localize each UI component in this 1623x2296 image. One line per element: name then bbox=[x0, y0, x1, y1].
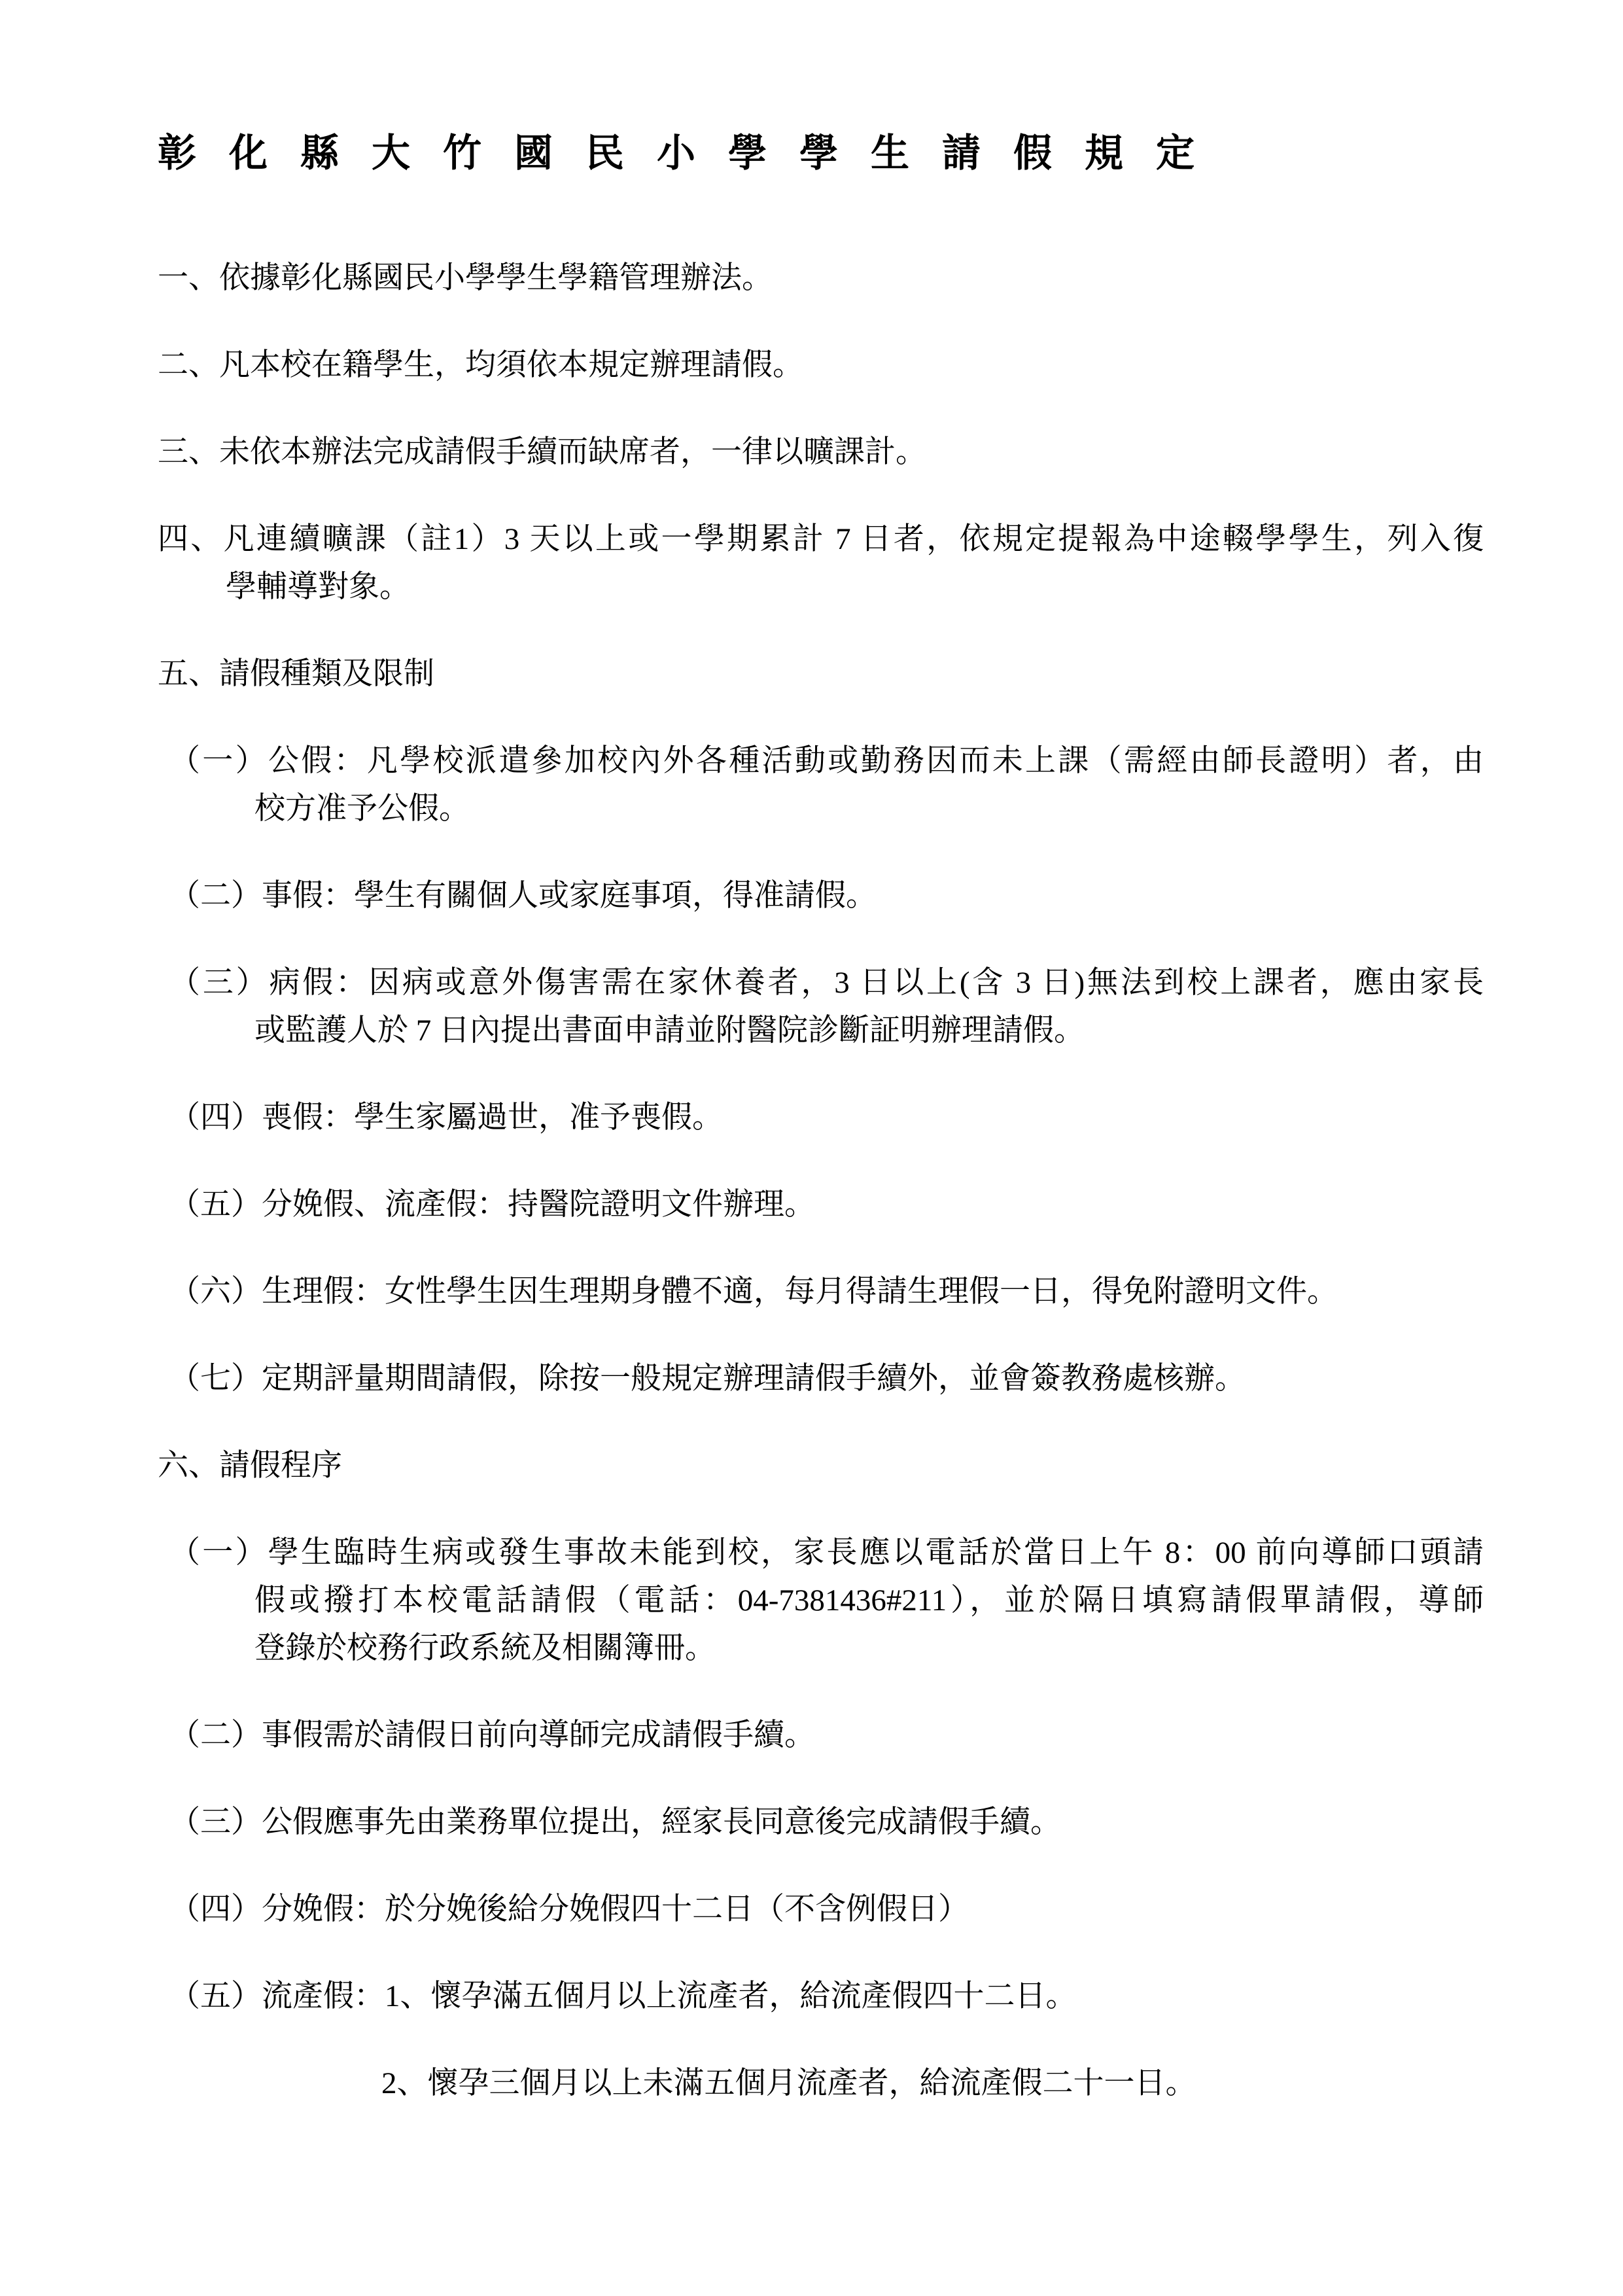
procedure-2-line: （二）事假需於請假日前向導師完成請假手續。 bbox=[169, 1712, 1484, 1759]
procedure-5-miscarriage-leave: （五）流產假：1、懷孕滿五個月以上流產者，給流產假四十二日。 bbox=[169, 1973, 1484, 2021]
rule-item-2-line: 二、凡本校在籍學生，均須依本規定辦理請假。 bbox=[158, 342, 1484, 389]
procedure-1-line-2: 假或撥打本校電話請假（電話：04-7381436#211），並於隔日填寫請假單請… bbox=[169, 1577, 1484, 1625]
procedure-1-phone-notify: （一）學生臨時生病或發生事故未能到校，家長應以電話於當日上午 8：00 前向導師… bbox=[169, 1529, 1484, 1672]
leave-type-3-sick: （三）病假：因病或意外傷害需在家休養者，3 日以上(含 3 日)無法到校上課者，… bbox=[169, 959, 1484, 1055]
leave-type-1-line-1: （一）公假：凡學校派遣參加校內外各種活動或勤務因而未上課（需經由師長證明）者，由 bbox=[169, 737, 1484, 785]
procedure-3-line: （三）公假應事先由業務單位提出，經家長同意後完成請假手續。 bbox=[169, 1799, 1484, 1846]
procedure-1-line-1: （一）學生臨時生病或發生事故未能到校，家長應以電話於當日上午 8：00 前向導師… bbox=[169, 1529, 1484, 1577]
leave-type-4-bereavement: （四）喪假：學生家屬過世，准予喪假。 bbox=[169, 1094, 1484, 1142]
rule-item-3: 三、未依本辦法完成請假手續而缺席者，一律以曠課計。 bbox=[158, 429, 1484, 476]
procedure-5-line-1: （五）流產假：1、懷孕滿五個月以上流產者，給流產假四十二日。 bbox=[169, 1973, 1484, 2021]
leave-type-3-line-1: （三）病假：因病或意外傷害需在家休養者，3 日以上(含 3 日)無法到校上課者，… bbox=[169, 959, 1484, 1007]
procedure-2-personal-leave: （二）事假需於請假日前向導師完成請假手續。 bbox=[169, 1712, 1484, 1759]
leave-type-1-line-2: 校方准予公假。 bbox=[169, 785, 1484, 833]
leave-type-1-official: （一）公假：凡學校派遣參加校內外各種活動或勤務因而未上課（需經由師長證明）者，由… bbox=[169, 737, 1484, 833]
procedure-4-maternity-leave: （四）分娩假：於分娩後給分娩假四十二日（不含例假日） bbox=[169, 1886, 1484, 1934]
procedure-5-miscarriage-subitem-2: 2、懷孕三個月以上未滿五個月流產者，給流產假二十一日。 bbox=[169, 2060, 1484, 2108]
leave-type-6-line: （六）生理假：女性學生因生理期身體不適，每月得請生理假一日，得免附證明文件。 bbox=[169, 1268, 1484, 1316]
leave-type-5-line: （五）分娩假、流產假：持醫院證明文件辦理。 bbox=[169, 1181, 1484, 1229]
procedure-4-line: （四）分娩假：於分娩後給分娩假四十二日（不含例假日） bbox=[169, 1886, 1484, 1934]
rule-item-3-line: 三、未依本辦法完成請假手續而缺席者，一律以曠課計。 bbox=[158, 429, 1484, 476]
leave-type-4-line: （四）喪假：學生家屬過世，准予喪假。 bbox=[169, 1094, 1484, 1142]
leave-type-3-line-2: 或監護人於 7 日內提出書面申請並附醫院診斷証明辦理請假。 bbox=[169, 1007, 1484, 1055]
rule-item-6-heading-line: 六、請假程序 bbox=[158, 1442, 1484, 1490]
rule-item-2: 二、凡本校在籍學生，均須依本規定辦理請假。 bbox=[158, 342, 1484, 389]
rule-item-4-line-1: 四、凡連續曠課（註1）3 天以上或一學期累計 7 日者，依規定提報為中途輟學學生… bbox=[158, 516, 1484, 563]
procedure-3-official-leave: （三）公假應事先由業務單位提出，經家長同意後完成請假手續。 bbox=[169, 1799, 1484, 1846]
leave-type-6-menstrual: （六）生理假：女性學生因生理期身體不適，每月得請生理假一日，得免附證明文件。 bbox=[169, 1268, 1484, 1316]
rule-item-6-heading: 六、請假程序 bbox=[158, 1442, 1484, 1490]
rule-item-1: 一、依據彰化縣國民小學學生學籍管理辦法。 bbox=[158, 255, 1484, 302]
rule-item-1-line: 一、依據彰化縣國民小學學生學籍管理辦法。 bbox=[158, 255, 1484, 302]
leave-type-7-line: （七）定期評量期間請假，除按一般規定辦理請假手續外，並會簽教務處核辦。 bbox=[169, 1355, 1484, 1403]
procedure-1-line-3: 登錄於校務行政系統及相關簿冊。 bbox=[169, 1625, 1484, 1672]
leave-type-5-maternity: （五）分娩假、流產假：持醫院證明文件辦理。 bbox=[169, 1181, 1484, 1229]
rule-item-4: 四、凡連續曠課（註1）3 天以上或一學期累計 7 日者，依規定提報為中途輟學學生… bbox=[158, 516, 1484, 611]
leave-type-2-line: （二）事假：學生有關個人或家庭事項，得准請假。 bbox=[169, 872, 1484, 920]
leave-type-7-exam-period: （七）定期評量期間請假，除按一般規定辦理請假手續外，並會簽教務處核辦。 bbox=[169, 1355, 1484, 1403]
rule-item-4-line-2: 學輔導對象。 bbox=[158, 563, 1484, 611]
procedure-5-line-2: 2、懷孕三個月以上未滿五個月流產者，給流產假二十一日。 bbox=[169, 2060, 1484, 2108]
rule-item-5-heading: 五、請假種類及限制 bbox=[158, 650, 1484, 698]
rule-item-5-heading-line: 五、請假種類及限制 bbox=[158, 650, 1484, 698]
document-page: 彰化縣大竹國民小學學生請假規定 一、依據彰化縣國民小學學生學籍管理辦法。 二、凡… bbox=[0, 0, 1623, 2296]
leave-type-2-personal: （二）事假：學生有關個人或家庭事項，得准請假。 bbox=[169, 872, 1484, 920]
document-title: 彰化縣大竹國民小學學生請假規定 bbox=[158, 134, 1484, 173]
